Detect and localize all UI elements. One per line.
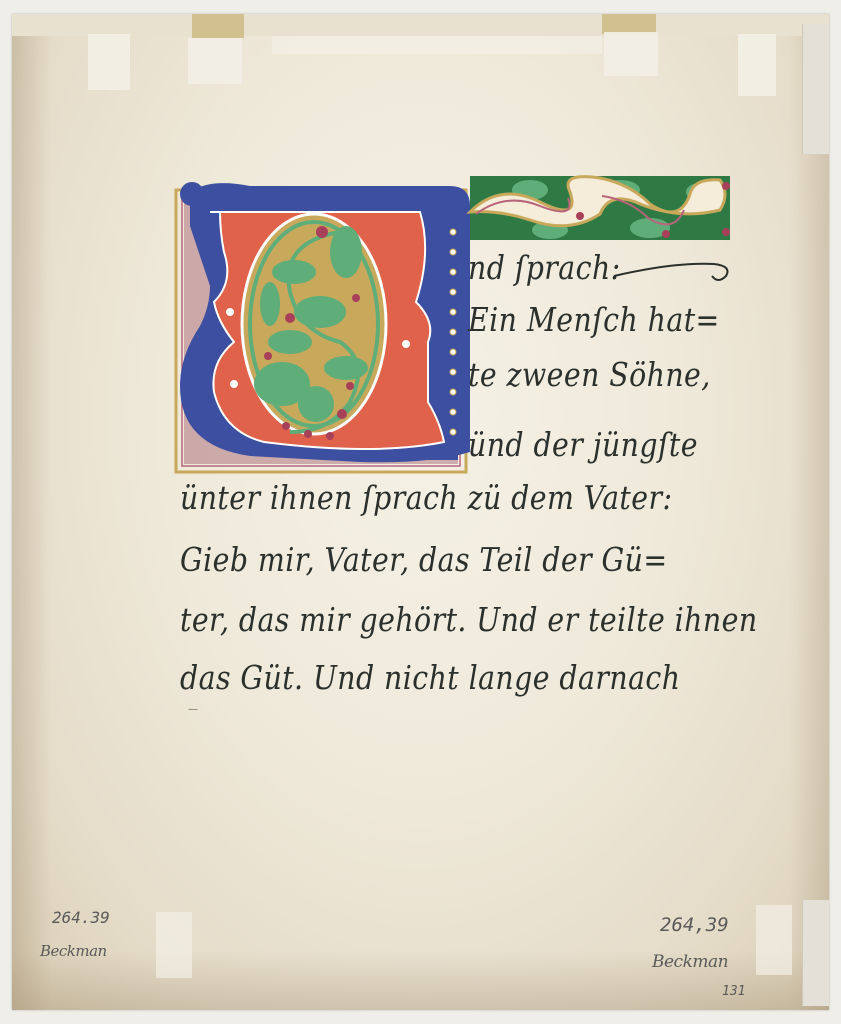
text-line-6: Gieb mir, Vater, das Teil der Gü=	[180, 540, 668, 579]
ink-mark: —	[188, 704, 198, 715]
signature-right: Beckman	[652, 952, 728, 972]
tape-piece-2	[188, 38, 242, 84]
right-edge-strip-lower	[802, 900, 829, 1006]
text-line-5: ünter ihnen ſprach zü dem Vater:	[180, 478, 672, 517]
text-line-3: te zween Söhne,	[468, 355, 711, 394]
tape-stain-1	[192, 14, 244, 38]
tape-strip-top	[272, 36, 602, 54]
line-flourish	[610, 252, 735, 292]
tape-piece-4	[738, 34, 776, 96]
page-number: 131	[722, 984, 745, 999]
tape-piece-6	[756, 905, 792, 975]
tape-piece-1	[88, 34, 130, 90]
signature-left: Beckman	[40, 942, 107, 960]
tape-stain-2	[602, 14, 656, 34]
catalog-number-right: 264,39	[660, 914, 729, 936]
tape-piece-5	[156, 912, 192, 978]
text-line-4: ünd der jüngſte	[468, 425, 698, 464]
catalog-number-left: 264.39	[52, 908, 110, 927]
text-line-7: ter, das mir gehört. Und er teilte ihnen	[180, 600, 758, 639]
text-line-8: das Güt. Und nicht lange darnach	[180, 658, 680, 697]
text-line-1: nd ſprach:	[468, 248, 621, 287]
text-line-2: Ein Menſch hat=	[468, 300, 720, 339]
right-edge-strip	[802, 24, 829, 154]
top-paper-strip	[12, 14, 829, 36]
tape-piece-3	[604, 32, 658, 76]
